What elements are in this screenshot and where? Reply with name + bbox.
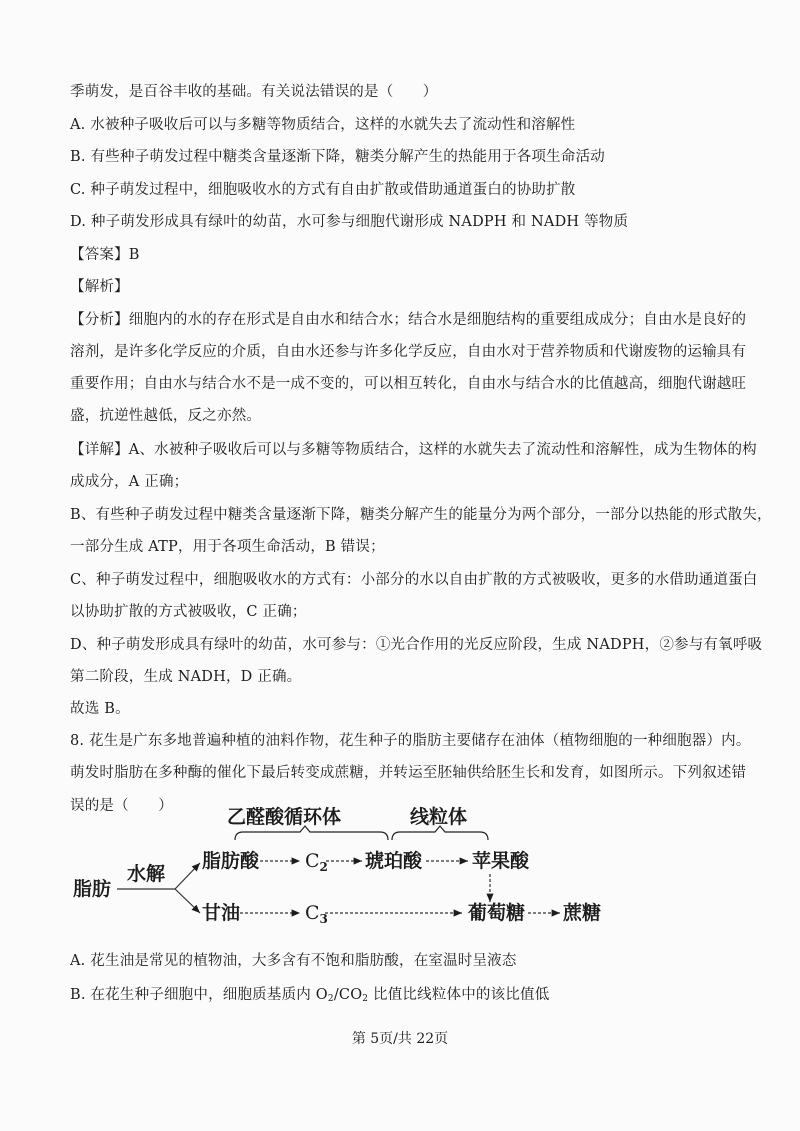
question-8-stem: 8. 花生是广东多地普遍种植的油料作物，花生种子的脂肪主要储存在油体（植物细胞的…	[70, 731, 751, 751]
sucrose-node: 蔗糖	[563, 902, 601, 924]
glucose-node: 葡萄糖	[468, 902, 525, 924]
detail-text: 一部分生成 ATP，用于各项生命活动，B 错误；	[70, 537, 385, 557]
detail-text: 第二阶段，生成 NADH，D 正确。	[70, 667, 301, 687]
c3-node: C3	[305, 902, 328, 930]
analysis-text: 【分析】细胞内的水的存在形式是自由水和结合水；结合水是细胞结构的重要组成成分；自…	[70, 310, 746, 330]
hydrolysis-label: 水解	[127, 863, 165, 885]
q7-option-a: A. 水被种子吸收后可以与多糖等物质结合，这样的水就失去了流动性和溶解性	[70, 115, 575, 135]
conclusion-text: 故选 B。	[70, 699, 130, 719]
q8-option-b: B. 在花生种子细胞中，细胞质基质内 O2/CO2 比值比线粒体中的该比值低	[70, 985, 549, 1009]
glyoxysome-label: 乙醛酸循环体	[227, 806, 341, 828]
detail-text: D、种子萌发形成具有绿叶的幼苗，水可参与：①光合作用的光反应阶段，生成 NADP…	[70, 635, 762, 655]
q7-option-d: D. 种子萌发形成具有绿叶的幼苗，水可参与细胞代谢形成 NADPH 和 NADH…	[70, 212, 628, 232]
glycerol-node: 甘油	[202, 902, 240, 924]
analysis-heading: 【解析】	[70, 277, 129, 297]
analysis-text: 重要作用；自由水与结合水不是一成不变的，可以相互转化，自由水与结合水的比值越高，…	[70, 374, 746, 394]
document-page: 季萌发，是百谷丰收的基础。有关说法错误的是（ ） A. 水被种子吸收后可以与多糖…	[0, 0, 800, 1131]
detail-text: C、种子萌发过程中，细胞吸收水的方式有：小部分的水以自由扩散的方式被吸收，更多的…	[70, 570, 758, 590]
question-7-stem-end: 季萌发，是百谷丰收的基础。有关说法错误的是（ ）	[70, 82, 438, 102]
fatty-acid-node: 脂肪酸	[202, 850, 259, 872]
page-number: 第 5页/共 22页	[0, 1028, 800, 1048]
detail-text: 【详解】A、水被种子吸收后可以与多糖等物质结合，这样的水就失去了流动性和溶解性，…	[70, 440, 757, 460]
c2-node: C2	[305, 850, 328, 878]
detail-text: B、有些种子萌发过程中糖类含量逐渐下降，糖类分解产生的能量分为两个部分，一部分以…	[70, 505, 772, 525]
q7-option-c: C. 种子萌发过程中，细胞吸收水的方式有自由扩散或借助通道蛋白的协助扩散	[70, 180, 576, 200]
detail-text: 以协助扩散的方式被吸收，C 正确；	[70, 602, 307, 622]
detail-text: 成成分，A 正确；	[70, 472, 188, 492]
analysis-text: 盛，抗逆性越低，反之亦然。	[70, 406, 261, 426]
q7-option-b: B. 有些种子萌发过程中糖类含量逐渐下降，糖类分解产生的热能用于各项生命活动	[70, 147, 605, 167]
analysis-text: 溶剂，是许多化学反应的介质，自由水还参与许多化学反应，自由水对于营养物质和代谢废…	[70, 342, 746, 362]
succinic-acid-node: 琥珀酸	[365, 850, 422, 872]
q8-option-a: A. 花生油是常见的植物油，大多含有不饱和脂肪酸，在室温时呈液态	[70, 951, 517, 971]
malic-acid-node: 苹果酸	[472, 850, 529, 872]
fat-node: 脂肪	[73, 878, 111, 900]
question-8-stem: 萌发时脂肪在多种酶的催化下最后转变成蔗糖，并转运至胚轴供给胚生长和发育，如图所示…	[70, 763, 746, 783]
mitochondria-label: 线粒体	[410, 806, 467, 828]
answer-label: 【答案】B	[70, 245, 140, 265]
fat-conversion-diagram: 乙醛酸循环体 线粒体 脂肪 水解 脂肪酸 C2 琥珀酸 苹果酸 甘油 C3 葡萄…	[60, 800, 620, 940]
